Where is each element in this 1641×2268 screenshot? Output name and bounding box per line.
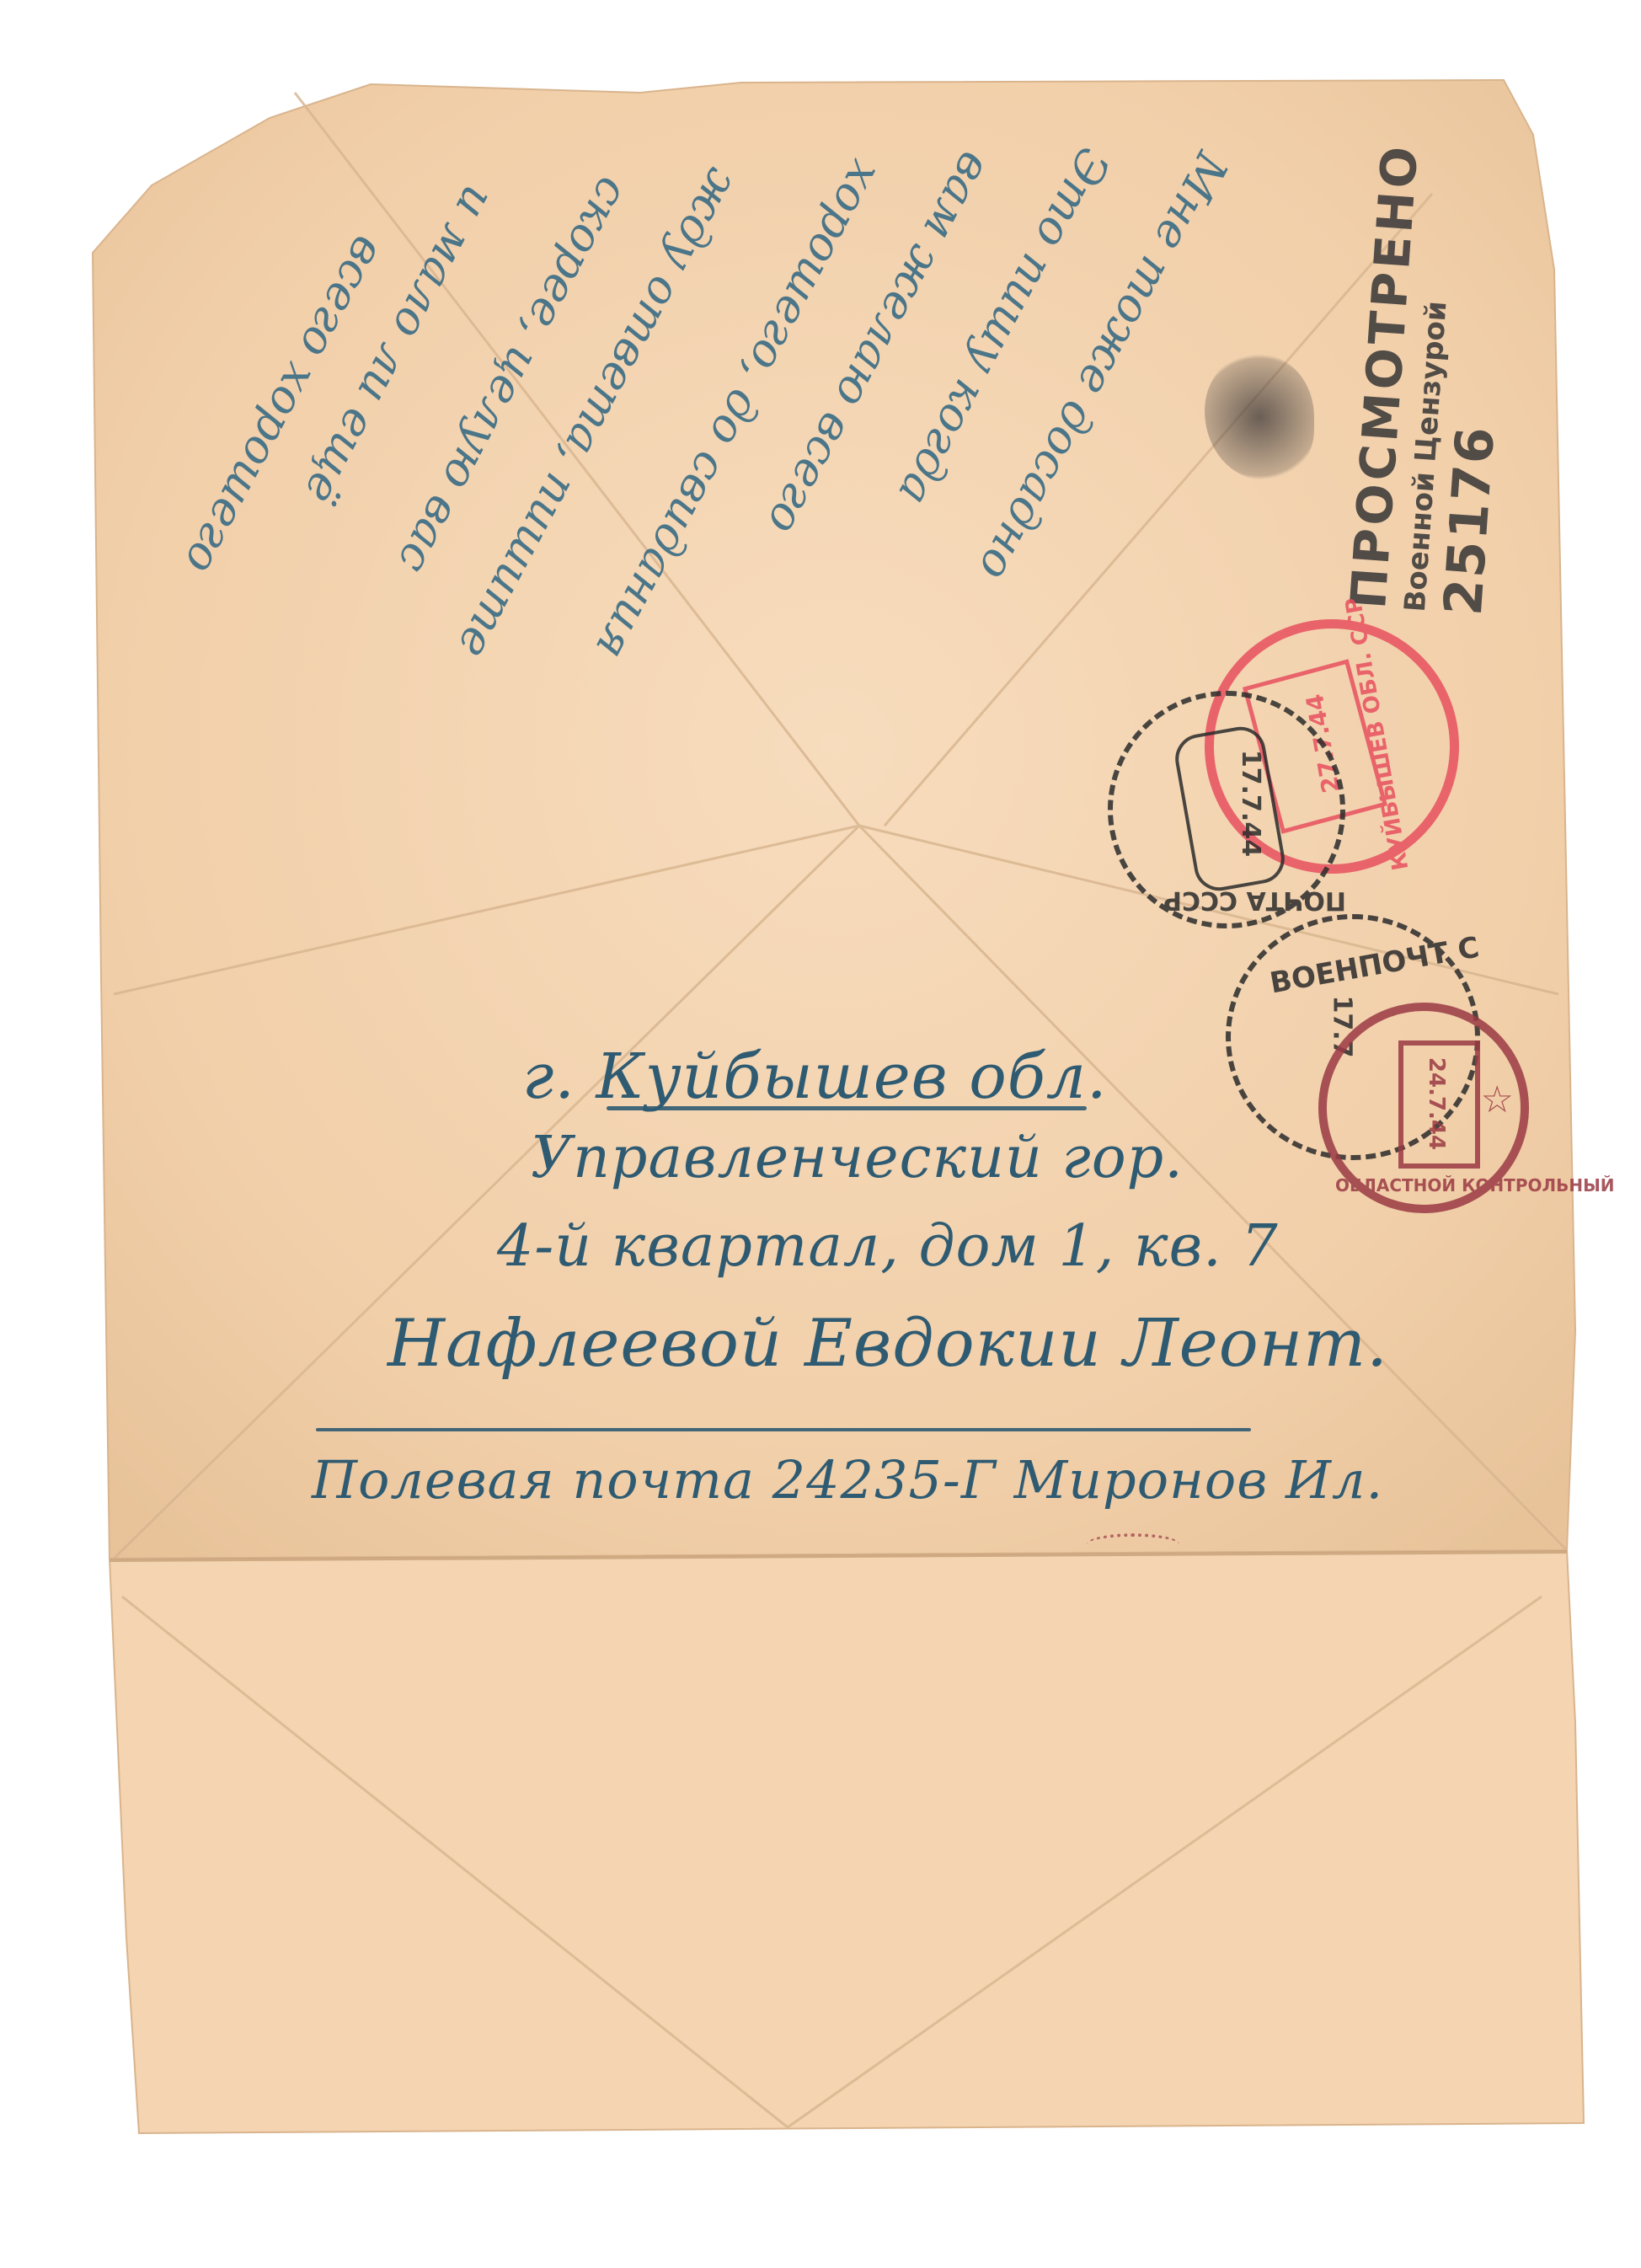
faint-stamp-mark [1087, 1533, 1179, 1555]
postmark-text: ВОЕНПОЧТ С [1267, 930, 1481, 1000]
address-street: 4-й квартал, дом 1, кв. 7 [497, 1213, 1279, 1280]
postmark-text: ОБЛАСТНОЙ КОНТРОЛЬНЫЙ [1335, 1175, 1615, 1196]
address-underline [607, 1106, 1087, 1110]
black-postmark-pochta: ПОЧТА СССР 17.7.44 [1108, 691, 1345, 928]
dark-red-postmark: ОБЛАСТНОЙ КОНТРОЛЬНЫЙ 24.7.44 ☆ [1318, 1003, 1529, 1213]
address-district: Управленческий гор. [531, 1125, 1184, 1191]
postmark-text: ПОЧТА СССР [1163, 885, 1346, 915]
letter-paper: Мне тоже досадно Это пишу когда вам жела… [0, 0, 1641, 2268]
address-recipient: Нафлеевой Евдокии Леонт. [388, 1306, 1388, 1382]
postmark-date-box [1171, 723, 1288, 895]
sender-divider [316, 1428, 1251, 1431]
postmark-date: 24.7.44 [1424, 1057, 1449, 1150]
address-region: г. Куйбышев обл. [522, 1040, 1108, 1113]
sender-line: Полевая почта 24235-Г Миронов Ил. [312, 1449, 1383, 1511]
postmark-date: 17.7.44 [1236, 750, 1265, 857]
star-icon: ☆ [1481, 1078, 1514, 1121]
censor-stamp: ПРОСМОТРЕНО Военной Цензурой 25176 [1339, 142, 1526, 618]
